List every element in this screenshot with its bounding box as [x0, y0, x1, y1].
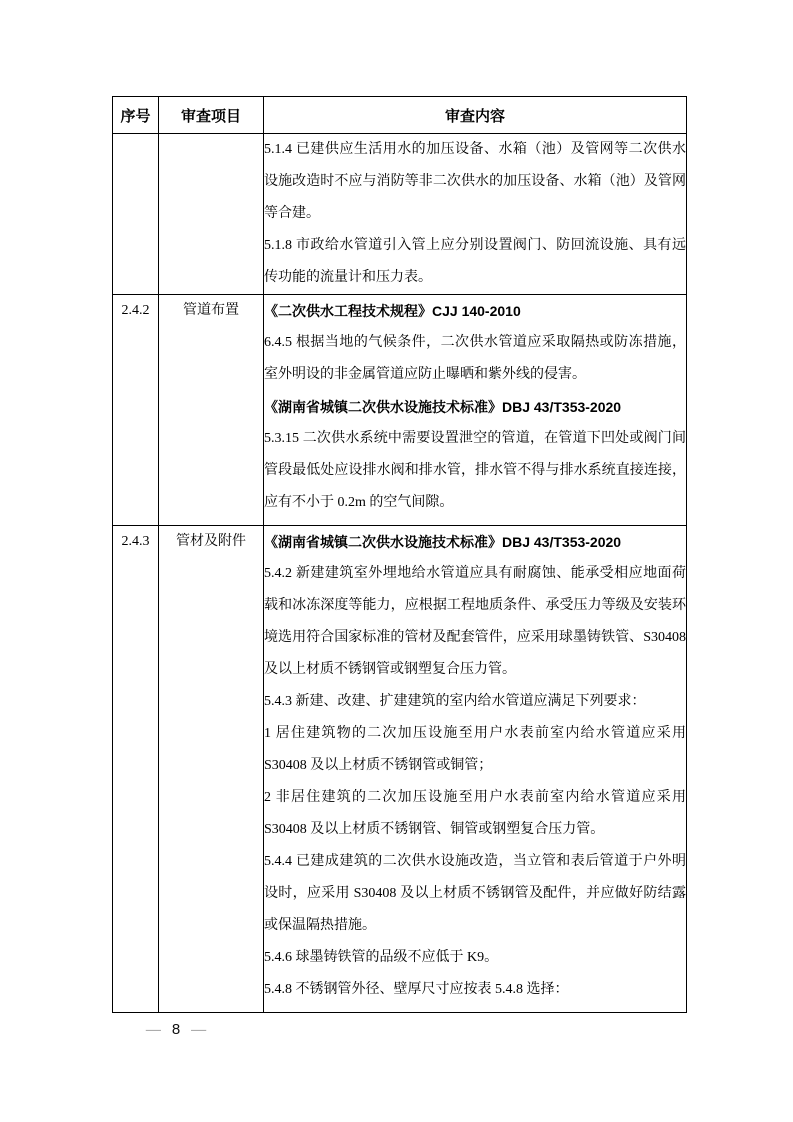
content-paragraph: 5.3.15 二次供水系统中需要设置泄空的管道，在管道下凹处或阀门间管段最低处应…	[264, 423, 686, 519]
content-paragraph: 1 居住建筑物的二次加压设施至用户水表前室内给水管道应采用 S30408 及以上…	[264, 718, 686, 782]
column-header-index: 序号	[113, 97, 159, 134]
table-row: 2.4.3 管材及附件 《湖南省城镇二次供水设施技术标准》DBJ 43/T353…	[113, 526, 687, 1013]
content-paragraph: 5.4.4 已建成建筑的二次供水设施改造，当立管和表后管道于户外明设时，应采用 …	[264, 846, 686, 942]
content-paragraph: 5.4.6 球墨铸铁管的品级不应低于 K9。	[264, 942, 686, 974]
content-paragraph: 5.1.4 已建供应生活用水的加压设备、水箱（池）及管网等二次供水设施改造时不应…	[264, 134, 686, 230]
footer-dash-left: —	[146, 1019, 161, 1041]
regulation-title: 《二次供水工程技术规程》CJJ 140-2010	[264, 295, 686, 327]
regulation-title: 《湖南省城镇二次供水设施技术标准》DBJ 43/T353-2020	[264, 526, 686, 558]
page-footer: — 8 —	[134, 1019, 218, 1041]
content-paragraph: 2 非居住建筑的二次加压设施至用户水表前室内给水管道应采用 S30408 及以上…	[264, 782, 686, 846]
row-index-cell: 2.4.3	[113, 526, 159, 1013]
row-index-cell: 2.4.2	[113, 295, 159, 526]
row-content-cell: 《二次供水工程技术规程》CJJ 140-2010 6.4.5 根据当地的气候条件…	[264, 295, 687, 526]
row-index-cell	[113, 134, 159, 295]
page-number: 8	[172, 1019, 180, 1041]
column-header-review-item: 审查项目	[159, 97, 264, 134]
regulation-title: 《湖南省城镇二次供水设施技术标准》DBJ 43/T353-2020	[264, 391, 686, 423]
row-item-cell: 管材及附件	[159, 526, 264, 1013]
content-paragraph: 5.4.8 不锈钢管外径、壁厚尺寸应按表 5.4.8 选择：	[264, 974, 686, 1006]
row-item-cell: 管道布置	[159, 295, 264, 526]
content-paragraph: 5.1.8 市政给水管道引入管上应分别设置阀门、防回流设施、具有远传功能的流量计…	[264, 230, 686, 294]
document-page: 序号 审查项目 审查内容 5.1.4 已建供应生活用水的加压设备、水箱（池）及管…	[0, 0, 793, 1122]
table-row: 5.1.4 已建供应生活用水的加压设备、水箱（池）及管网等二次供水设施改造时不应…	[113, 134, 687, 295]
row-item-cell	[159, 134, 264, 295]
table-header-row: 序号 审查项目 审查内容	[113, 97, 687, 134]
row-content-cell: 5.1.4 已建供应生活用水的加压设备、水箱（池）及管网等二次供水设施改造时不应…	[264, 134, 687, 295]
row-content-cell: 《湖南省城镇二次供水设施技术标准》DBJ 43/T353-2020 5.4.2 …	[264, 526, 687, 1013]
footer-dash-right: —	[191, 1019, 206, 1041]
table-row: 2.4.2 管道布置 《二次供水工程技术规程》CJJ 140-2010 6.4.…	[113, 295, 687, 526]
column-header-review-content: 审查内容	[264, 97, 687, 134]
content-paragraph: 5.4.3 新建、改建、扩建建筑的室内给水管道应满足下列要求：	[264, 686, 686, 718]
content-paragraph: 6.4.5 根据当地的气候条件，二次供水管道应采取隔热或防冻措施，室外明设的非金…	[264, 327, 686, 391]
content-paragraph: 5.4.2 新建建筑室外埋地给水管道应具有耐腐蚀、能承受相应地面荷载和冰冻深度等…	[264, 558, 686, 686]
review-table: 序号 审查项目 审查内容 5.1.4 已建供应生活用水的加压设备、水箱（池）及管…	[112, 96, 687, 1013]
